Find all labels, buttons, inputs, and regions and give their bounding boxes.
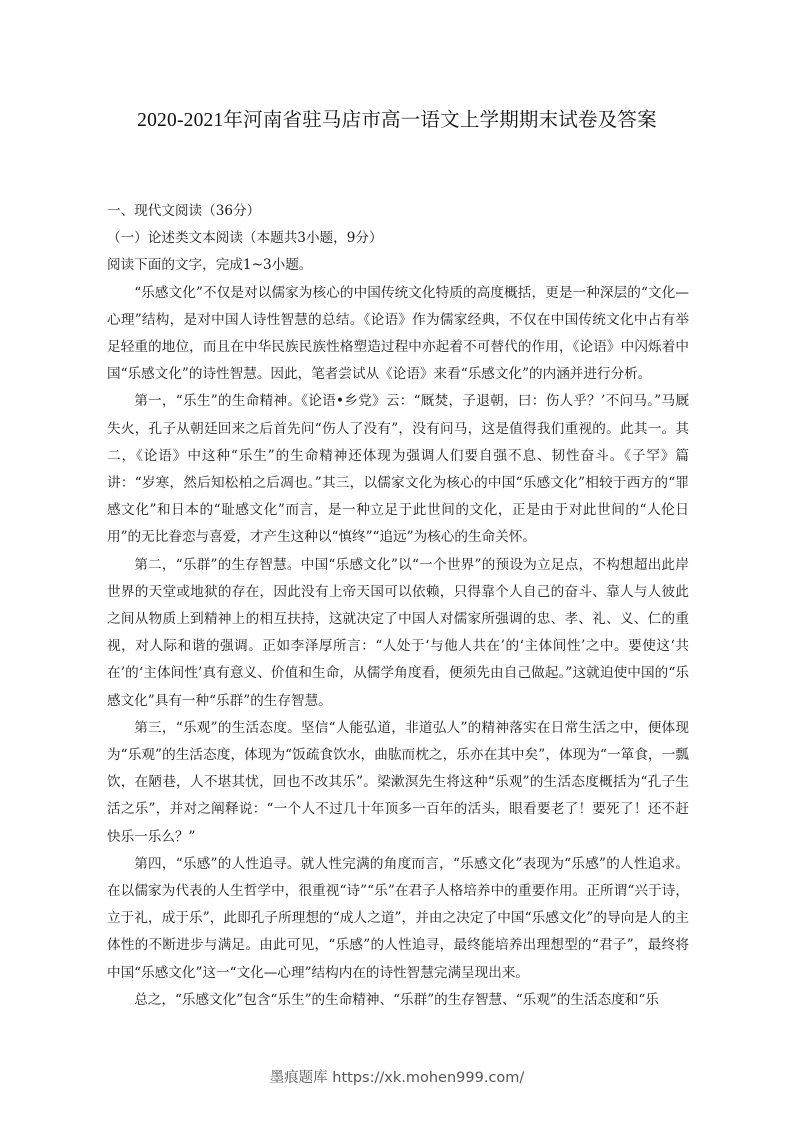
paragraph-first-point: 第一，“乐生”的生命精神。《论语•乡党》云：“厩焚，子退朝，曰：伤人乎？’不问马… xyxy=(107,388,689,551)
paragraph-conclusion: 总之，“乐感文化”包含“乐生”的生命精神、“乐群”的生存智慧、“乐观”的生活态度… xyxy=(107,987,689,1014)
paragraph-intro: “乐感文化”不仅是对以儒家为核心的中国传统文化特质的高度概括，更是一种深层的“文… xyxy=(107,280,689,389)
section-heading: 一、现代文阅读（36分） xyxy=(107,198,689,225)
paragraph-second-point: 第二，“乐群”的生存智慧。中国“乐感文化”以“一个世界”的预设为立足点，不构想超… xyxy=(107,552,689,715)
footer-watermark: 墨痕题库 https://xk.mohen999.com/ xyxy=(0,1066,794,1087)
paragraph-fourth-point: 第四，“乐感”的人性追寻。就人性完满的角度而言，“乐感文化”表现为“乐感”的人性… xyxy=(107,851,689,987)
document-title: 2020-2021年河南省驻马店市高一语文上学期期末试卷及答案 xyxy=(0,104,794,132)
paragraph-third-point: 第三，“乐观”的生活态度。坚信“人能弘道，非道弘人”的精神落实在日常生活之中，便… xyxy=(107,715,689,851)
reading-instruction: 阅读下面的文字，完成1~3小题。 xyxy=(107,252,689,279)
document-body: 一、现代文阅读（36分） （一）论述类文本阅读（本题共3小题，9分） 阅读下面的… xyxy=(107,198,689,1014)
subsection-heading: （一）论述类文本阅读（本题共3小题，9分） xyxy=(107,225,689,252)
